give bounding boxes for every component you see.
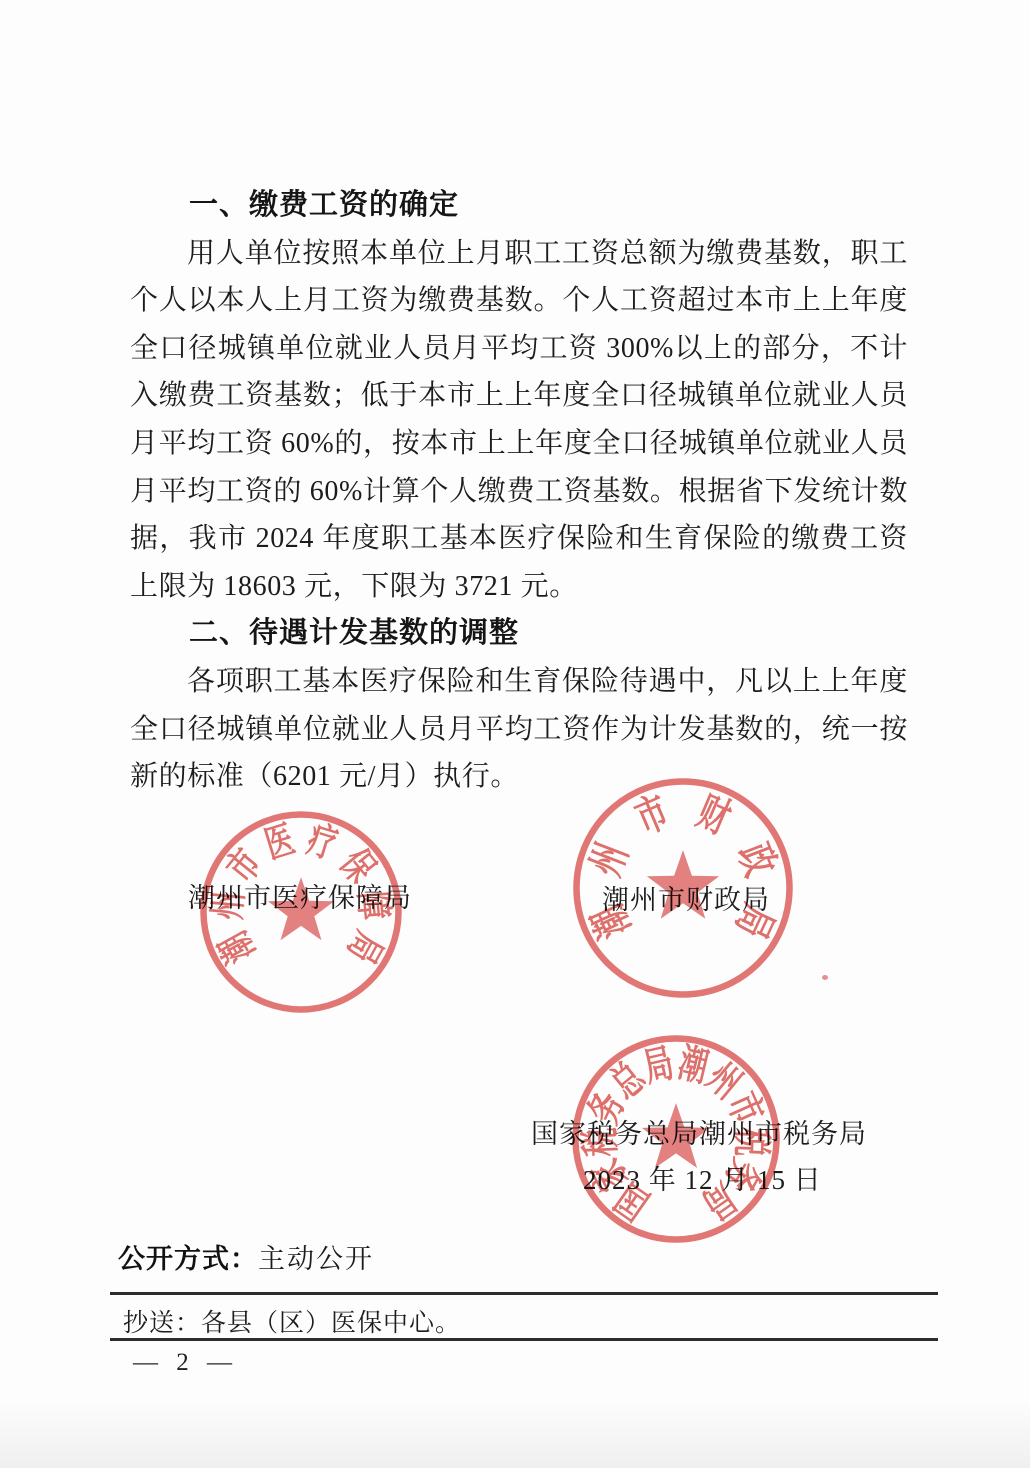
svg-text:局: 局: [640, 1042, 678, 1091]
section-paragraph-2: 各项职工基本医疗保险和生育保险待遇中，凡以上上年度全口径城镇单位就业人员月平均工…: [130, 658, 908, 801]
document-body: 一、缴费工资的确定 用人单位按照本单位上月职工工资总额为缴费基数，职工个人以本人…: [130, 182, 908, 801]
svg-text:总: 总: [603, 1054, 654, 1107]
document-page: 一、缴费工资的确定 用人单位按照本单位上月职工工资总额为缴费基数，职工个人以本人…: [0, 0, 1030, 1468]
svg-text:局: 局: [339, 924, 391, 970]
svg-text:州: 州: [582, 837, 637, 882]
disclosure-value: 主动公开: [258, 1244, 374, 1274]
disclosure-label: 公开方式：: [118, 1244, 258, 1274]
agency-signature-medical-bureau: 潮州市医疗保障局: [188, 876, 412, 915]
disclosure-row: 公开方式：主动公开: [118, 1237, 374, 1276]
svg-text:疗: 疗: [303, 818, 343, 868]
svg-text:潮: 潮: [211, 924, 263, 970]
ink-speck: [822, 975, 828, 980]
svg-text:州: 州: [699, 1055, 749, 1107]
separator-line-bottom: [110, 1338, 938, 1341]
scan-edge-shadow: [0, 1398, 1030, 1468]
agency-signature-tax-bureau: 国家税务总局潮州市税务局: [531, 1112, 867, 1151]
svg-text:潮: 潮: [674, 1040, 712, 1090]
separator-line-top: [110, 1292, 938, 1295]
section-paragraph-1: 用人单位按照本单位上月职工工资总额为缴费基数，职工个人以本人上月工资为缴费基数。…: [130, 230, 908, 611]
agency-signature-finance-bureau: 潮州市财政局: [602, 878, 770, 917]
signature-date: 2023 年 12 月 15 日: [583, 1158, 822, 1197]
svg-text:医: 医: [260, 818, 299, 868]
page-number: — 2 —: [133, 1349, 238, 1377]
cc-line: 抄送：各县（区）医保中心。: [123, 1303, 461, 1339]
section-heading-2: 二、待遇计发基数的调整: [130, 610, 908, 658]
section-heading-1: 一、缴费工资的确定: [130, 182, 908, 230]
svg-text:政: 政: [730, 837, 785, 882]
